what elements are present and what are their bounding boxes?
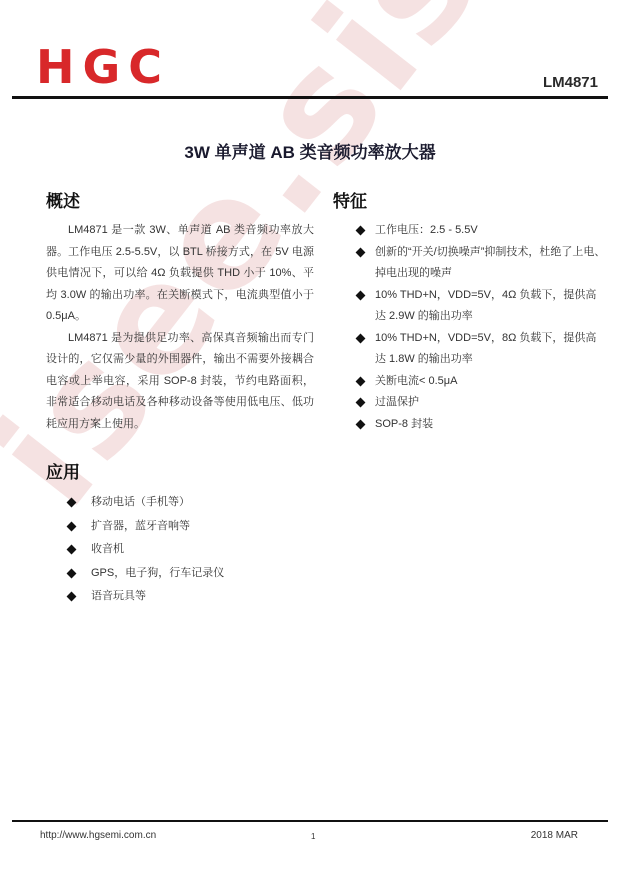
- overview-heading: 概述: [46, 187, 80, 212]
- diamond-bullet-icon: [67, 592, 77, 602]
- diamond-bullet-icon: [356, 290, 366, 300]
- feature-item: SOP-8 封装: [357, 414, 607, 436]
- hgc-logo: HGC: [36, 44, 170, 90]
- feature-item: 关断电流< 0.5μA: [357, 371, 607, 393]
- part-number: LM4871: [543, 74, 598, 91]
- application-text: 收音机: [91, 543, 124, 555]
- overview-body: LM4871 是一款 3W、单声道 AB 类音频功率放大器。工作电压 2.5-5…: [46, 220, 314, 435]
- document-title: 3W 单声道 AB 类音频功率放大器: [0, 138, 620, 163]
- header-divider: [12, 96, 608, 99]
- diamond-bullet-icon: [67, 545, 77, 555]
- feature-text: 工作电压：2.5 - 5.5V: [375, 224, 478, 236]
- diamond-bullet-icon: [67, 521, 77, 531]
- application-item: 移动电话（手机等）: [68, 491, 328, 515]
- diamond-bullet-icon: [356, 333, 366, 343]
- application-text: 语音玩具等: [91, 590, 146, 602]
- diamond-bullet-icon: [67, 498, 77, 508]
- feature-text: 过温保护: [375, 396, 419, 408]
- feature-item: 创新的“开关/切换噪声”抑制技术，杜绝了上电、掉电出现的噪声: [357, 242, 607, 285]
- feature-text: 创新的“开关/切换噪声”抑制技术，杜绝了上电、掉电出现的噪声: [375, 246, 605, 280]
- diamond-bullet-icon: [356, 247, 366, 257]
- features-list: 工作电压：2.5 - 5.5V 创新的“开关/切换噪声”抑制技术，杜绝了上电、掉…: [357, 220, 607, 435]
- feature-text: SOP-8 封装: [375, 418, 433, 430]
- feature-text: 10% THD+N，VDD=5V，8Ω 负载下，提供高达 1.8W 的输出功率: [375, 332, 596, 366]
- application-item: GPS，电子狗，行车记录仪: [68, 562, 328, 586]
- feature-item: 工作电压：2.5 - 5.5V: [357, 220, 607, 242]
- footer-divider: [12, 820, 608, 822]
- feature-item: 10% THD+N，VDD=5V，8Ω 负载下，提供高达 1.8W 的输出功率: [357, 328, 607, 371]
- application-text: GPS，电子狗，行车记录仪: [91, 567, 224, 579]
- overview-paragraph: LM4871 是一款 3W、单声道 AB 类音频功率放大器。工作电压 2.5-5…: [46, 220, 314, 328]
- applications-list: 移动电话（手机等） 扩音器，蓝牙音响等 收音机 GPS，电子狗，行车记录仪 语音…: [68, 491, 328, 609]
- diamond-bullet-icon: [356, 226, 366, 236]
- feature-text: 10% THD+N，VDD=5V，4Ω 负载下，提供高达 2.9W 的输出功率: [375, 289, 596, 323]
- application-text: 移动电话（手机等）: [91, 496, 190, 508]
- footer-date: 2018 MAR: [531, 830, 578, 841]
- applications-heading: 应用: [46, 458, 80, 483]
- application-text: 扩音器，蓝牙音响等: [91, 520, 190, 532]
- feature-item: 10% THD+N，VDD=5V，4Ω 负载下，提供高达 2.9W 的输出功率: [357, 285, 607, 328]
- footer-url: http://www.hgsemi.com.cn: [40, 830, 156, 841]
- application-item: 收音机: [68, 538, 328, 562]
- page-number: 1: [311, 832, 315, 841]
- feature-item: 过温保护: [357, 392, 607, 414]
- diamond-bullet-icon: [67, 568, 77, 578]
- application-item: 语音玩具等: [68, 585, 328, 609]
- diamond-bullet-icon: [356, 398, 366, 408]
- feature-text: 关断电流< 0.5μA: [375, 375, 457, 387]
- diamond-bullet-icon: [356, 376, 366, 386]
- application-item: 扩音器，蓝牙音响等: [68, 515, 328, 539]
- features-heading: 特征: [333, 187, 367, 212]
- diamond-bullet-icon: [356, 419, 366, 429]
- overview-paragraph: LM4871 是为提供足功率、高保真音频输出而专门设计的，它仅需少量的外围器件，…: [46, 328, 314, 436]
